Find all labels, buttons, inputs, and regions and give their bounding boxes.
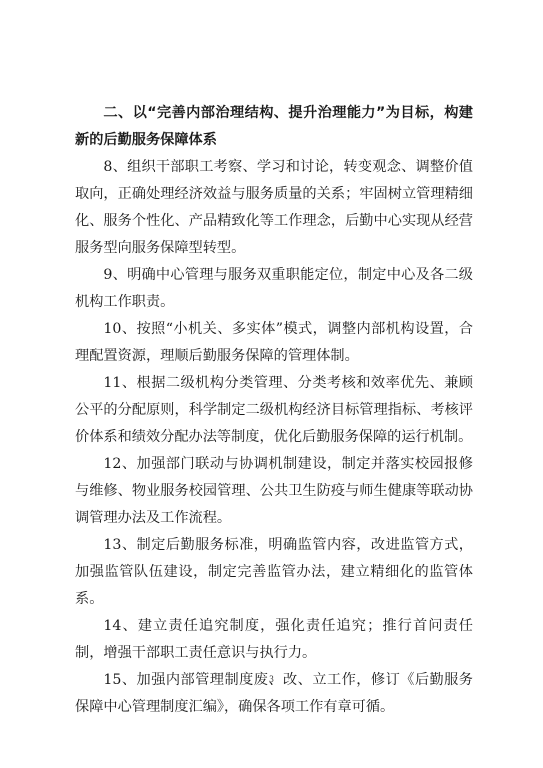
paragraph-item-10: 10、按照“小机关、多实体”模式，调整内部机构设置，合理配置资源，理顺后勤服务保… [75, 316, 473, 370]
paragraph-item-11: 11、根据二级机构分类管理、分类考核和效率优先、兼顾公平的分配原则，科学制定二级… [75, 370, 473, 451]
paragraph-item-13: 13、制定后勤服务标准，明确监管内容，改进监管方式，加强监管队伍建设，制定完善监… [75, 532, 473, 613]
paragraph-item-9: 9、明确中心管理与服务双重职能定位，制定中心及各二级机构工作职责。 [75, 262, 473, 316]
paragraph-item-12: 12、加强部门联动与协调机制建设，制定并落实校园报修与维修、物业服务校园管理、公… [75, 451, 473, 532]
paragraph-item-14: 14、建立责任追究制度，强化责任追究；推行首问责任制，增强干部职工责任意识与执行… [75, 613, 473, 667]
paragraph-item-8: 8、组织干部职工考察、学习和讨论，转变观念、调整价值取向，正确处理经济效益与服务… [75, 154, 473, 262]
document-page: 二、以“完善内部治理结构、提升治理能力”为目标，构建新的后勤服务保障体系 8、组… [75, 100, 473, 721]
page-number: 3 [0, 674, 543, 684]
section-heading: 二、以“完善内部治理结构、提升治理能力”为目标，构建新的后勤服务保障体系 [75, 100, 473, 154]
